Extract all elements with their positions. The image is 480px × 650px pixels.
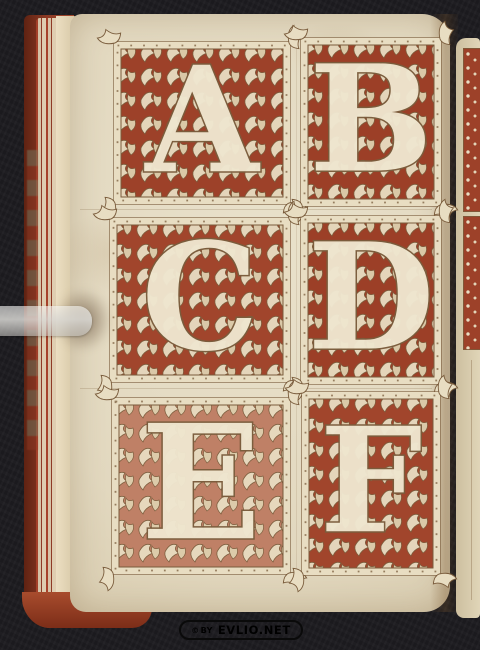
initial-letter: F — [320, 396, 423, 566]
initial-letter: E — [141, 390, 262, 576]
initial-ornament: B — [299, 36, 443, 208]
initial-panel-b: B — [299, 36, 443, 208]
initial-ornament: C — [108, 216, 292, 384]
facing-page-ornament — [463, 216, 480, 350]
initial-ornament: F — [300, 390, 442, 577]
initial-panel-e: E — [110, 396, 292, 576]
ruling-line — [296, 44, 297, 576]
page-holder-strip — [0, 306, 92, 336]
facing-page-ornament — [463, 48, 480, 212]
facing-page-ruling — [471, 360, 472, 600]
initial-ornament: A — [112, 40, 292, 206]
initial-ornament: E — [110, 396, 292, 576]
initial-ornament: D — [299, 214, 443, 386]
initial-panel-d: D — [299, 214, 443, 386]
manuscript-photo: A B C D E F © BY EVLIO.NET — [0, 0, 480, 650]
initial-panel-a: A — [112, 40, 292, 206]
initial-letter: B — [309, 32, 433, 205]
watermark-badge: © BY EVLIO.NET — [179, 620, 303, 640]
watermark-by-label: BY — [201, 626, 213, 635]
watermark-by: © BY — [191, 626, 213, 635]
initial-panel-c: C — [108, 216, 292, 384]
copyright-icon: © — [191, 626, 199, 635]
initial-letter: C — [141, 210, 259, 384]
ruling-line — [80, 388, 432, 389]
initial-panel-f: F — [300, 390, 442, 577]
initial-letter: A — [143, 35, 260, 206]
initial-letter: D — [307, 210, 434, 383]
under-page-edge — [27, 150, 38, 450]
watermark-site: EVLIO.NET — [218, 623, 291, 637]
